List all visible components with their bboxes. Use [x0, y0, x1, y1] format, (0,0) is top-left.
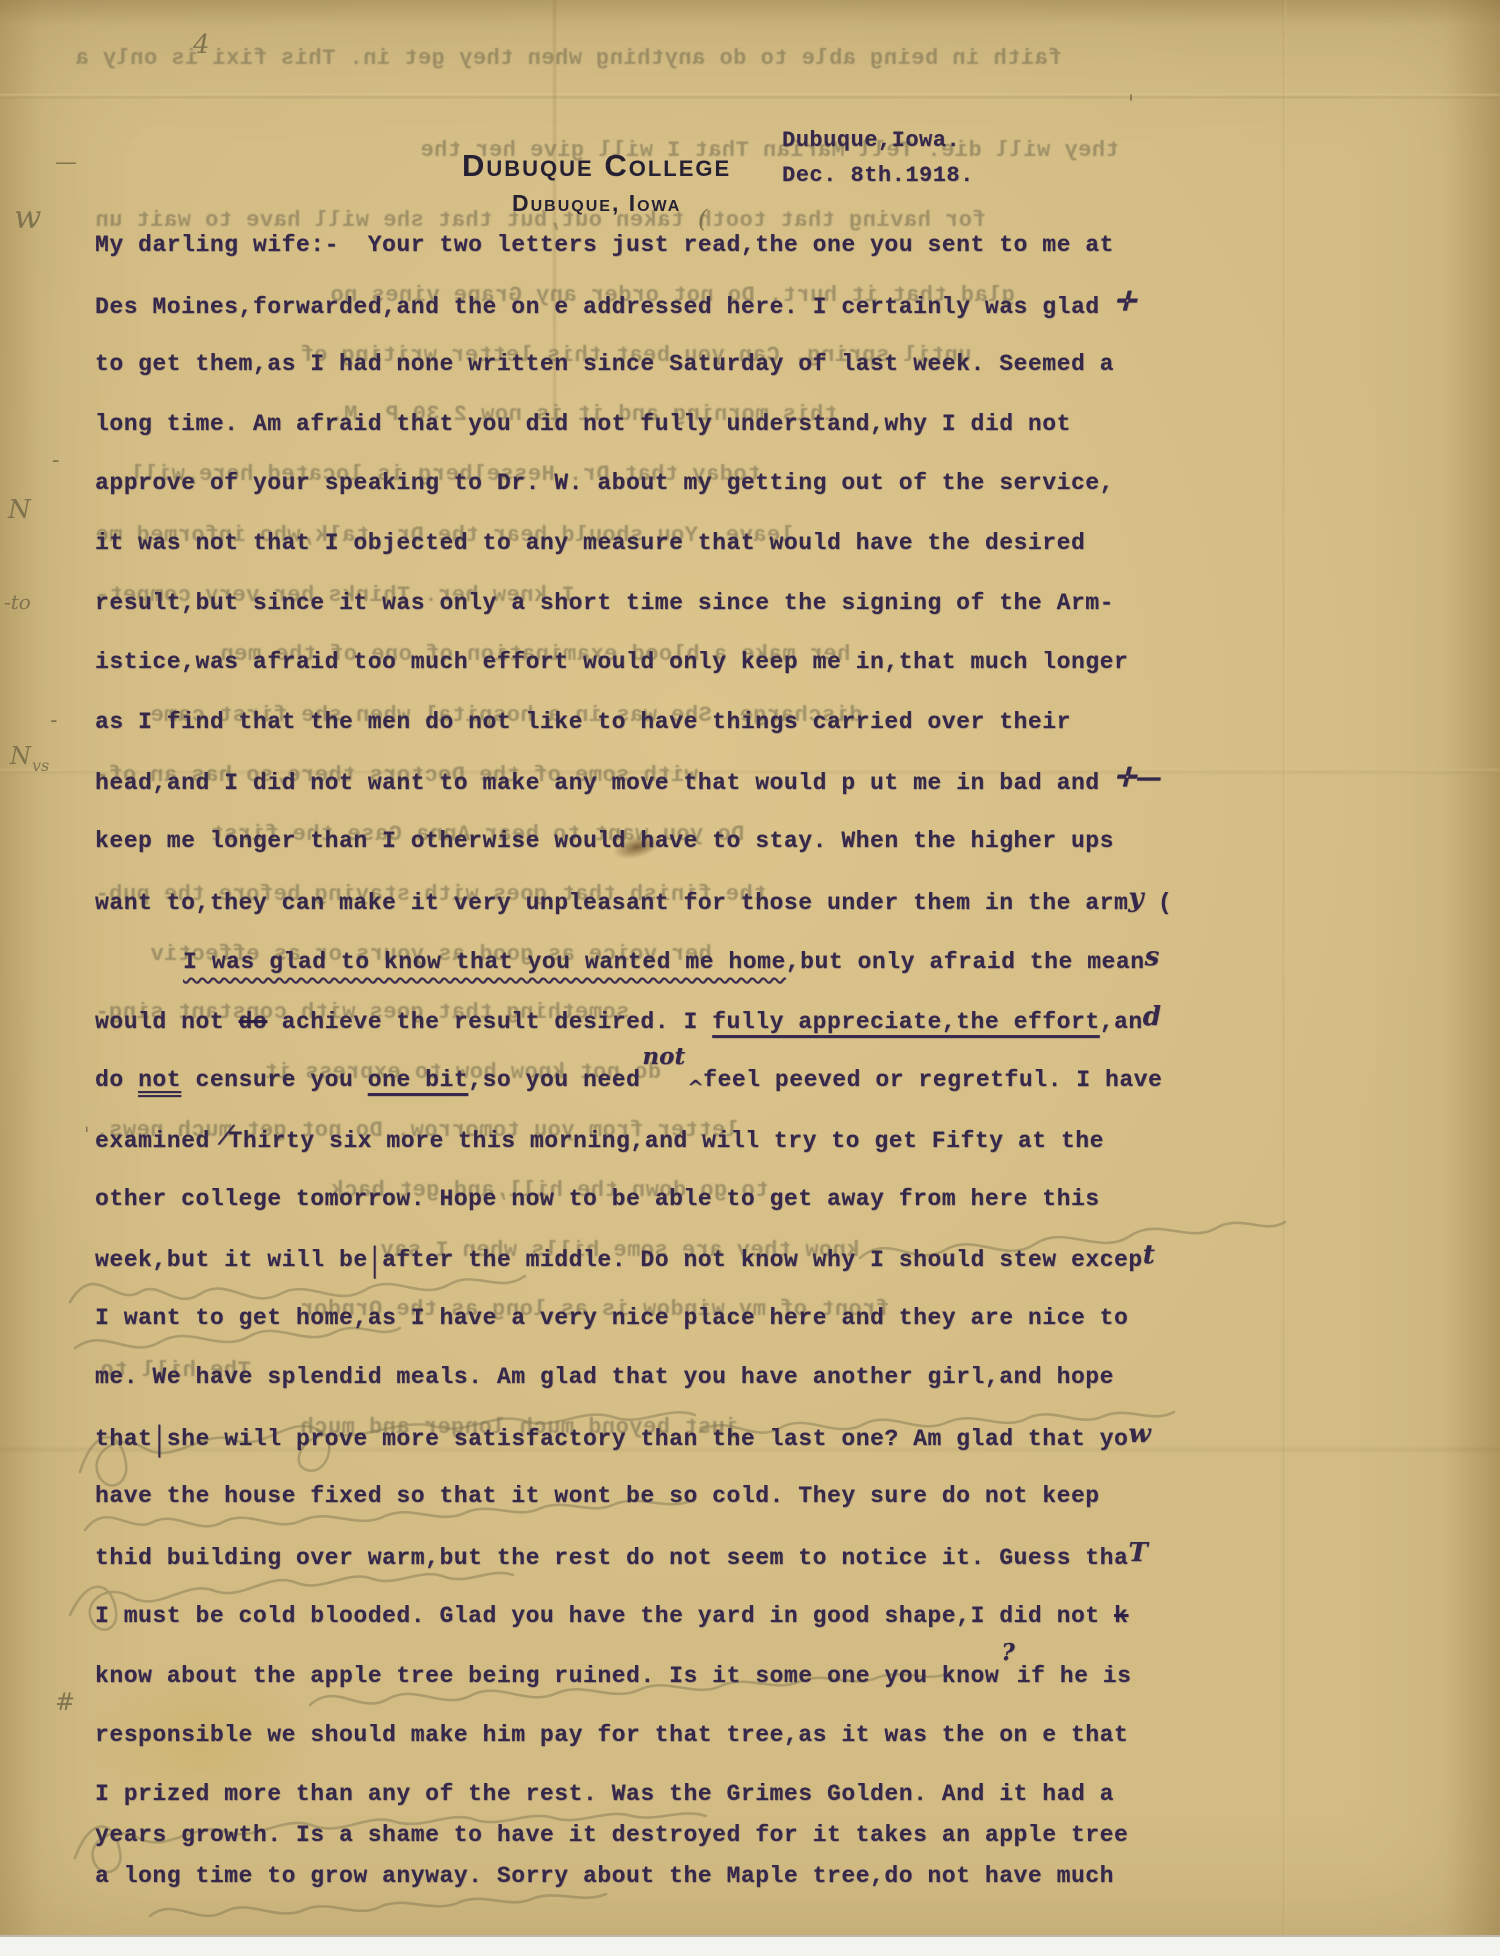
fold-crease-horizontal-top	[0, 94, 1500, 98]
letter-line: I was glad to know that you wanted me ho…	[95, 945, 1460, 1005]
pencil-margin-mark: #	[55, 1688, 75, 1716]
typed-text: she will prove more satisfactory than th…	[167, 1426, 1129, 1452]
typed-text: I prized more than any of the rest. Was …	[95, 1781, 1114, 1807]
typed-text: if he is	[1017, 1663, 1132, 1689]
letter-line: week,but it will be|after the middle. Do…	[95, 1243, 1460, 1303]
typed-text: ,so you need	[468, 1067, 640, 1093]
pencil-margin-mark: N	[8, 495, 31, 525]
bleed-through-text: faith in being able to do anything when …	[75, 46, 1062, 72]
typed-text: thid building over warm,but the rest do …	[95, 1545, 1128, 1571]
handwritten-correction: ⁄	[224, 1121, 228, 1151]
typed-text: long time. Am afraid that you did not fu…	[95, 411, 1071, 437]
double-underlined-text: not	[138, 1067, 181, 1093]
typed-text: Des Moines,forwarded,and the on e addres…	[95, 294, 1114, 320]
pencil-margin-mark: -	[50, 708, 57, 733]
typed-text: ,an	[1100, 1009, 1143, 1035]
pen-bar: |	[152, 1417, 166, 1464]
letter-line: to get them,as I had none written since …	[95, 349, 1460, 409]
letter-line: it was not that I objected to any measur…	[95, 528, 1460, 588]
handwritten-correction: ✛	[1114, 287, 1136, 317]
inserted-word: ?	[1001, 1638, 1014, 1668]
dateline-date: Dec. 8th.1918.	[782, 163, 974, 189]
letter-line: Des Moines,forwarded,and the on e addres…	[95, 290, 1460, 350]
typed-text: after the middle. Do not know why I shou…	[382, 1247, 1143, 1273]
typed-text: (	[1143, 890, 1172, 916]
typed-text: result,but since it was only a short tim…	[95, 590, 1114, 616]
typed-text: I must be cold blooded. Glad you have th…	[95, 1603, 1114, 1629]
letter-line: would not do achieve the result desired.…	[95, 1005, 1460, 1065]
typed-text: I want to get home,as I have a very nice…	[95, 1305, 1128, 1331]
letter-line: head,and I did not want to make any move…	[95, 766, 1460, 826]
caret-mark: ^	[687, 1072, 703, 1102]
letterhead-college-city: Dubuque, Iowa	[512, 190, 681, 217]
inserted-word: not	[642, 1042, 685, 1072]
handwritten-correction: d	[1143, 1002, 1161, 1032]
typed-text: keep me longer than I otherwise would ha…	[95, 828, 1114, 854]
typed-text: responsible we should make him pay for t…	[95, 1722, 1128, 1748]
letter-line: examined ⁄Thirty six more this morning,a…	[95, 1124, 1460, 1184]
typed-text: approve of your speaking to Dr. W. about…	[95, 470, 1114, 496]
typed-text: censure you	[181, 1067, 368, 1093]
pencil-margin-mark: 4	[193, 30, 210, 60]
letter-body: My darling wife:- Your two letters just …	[95, 230, 1460, 1921]
typed-text: as I find that the men do not like to ha…	[95, 709, 1071, 735]
letter-line: My darling wife:- Your two letters just …	[95, 230, 1460, 290]
dateline-place: Dubuque,Iowa.	[782, 128, 960, 154]
letter-line: I prized more than any of the rest. Was …	[95, 1779, 1460, 1820]
letter-line: know about the apple tree being ruined. …	[95, 1660, 1460, 1720]
typed-text: week,but it will be	[95, 1247, 368, 1273]
struck-text: do	[239, 1009, 268, 1035]
underlined-text: fully appreciate,the effort	[712, 1009, 1100, 1035]
pencil-margin-mark: '	[1128, 92, 1134, 117]
letter-scan-page: faith in being able to do anything when …	[0, 0, 1500, 1956]
typed-text: years growth. Is a shame to have it dest…	[95, 1822, 1128, 1848]
handwritten-correction: s	[1145, 942, 1160, 972]
typed-text: that	[95, 1426, 152, 1452]
typed-text: head,and I did not want to make any move…	[95, 770, 1114, 796]
letter-line: want to,they can make it very unpleasant…	[95, 886, 1460, 946]
struck-text: k	[1114, 1603, 1128, 1629]
typed-text: want to,they can make it very unpleasant…	[95, 890, 1128, 916]
letter-line: me. We have splendid meals. Am glad that…	[95, 1362, 1460, 1422]
typed-text: know about the apple tree being ruined. …	[95, 1663, 999, 1689]
letter-line: istice,was afraid too much effort would …	[95, 647, 1460, 707]
handwritten-correction: y	[1128, 883, 1143, 913]
typed-text: istice,was afraid too much effort would …	[95, 649, 1128, 675]
pencil-margin-mark: (	[698, 205, 707, 233]
pencil-margin-mark: '	[84, 1122, 90, 1146]
pencil-margin-mark: N	[10, 742, 31, 770]
letter-line: do not censure you one bit,so you needno…	[95, 1064, 1460, 1124]
typed-text: a long time to grow anyway. Sorry about …	[95, 1863, 1114, 1889]
letter-line: long time. Am afraid that you did not fu…	[95, 409, 1460, 469]
typed-text: Thirty six more this morning,and will tr…	[229, 1128, 1105, 1154]
letter-line: I want to get home,as I have a very nice…	[95, 1303, 1460, 1363]
wavy-underlined-text: I was glad to know that you wanted me ho…	[183, 949, 786, 975]
letterhead-college-name: Dubuque College	[462, 148, 731, 184]
letter-line: other college tomorrow. Hope now to be a…	[95, 1184, 1460, 1244]
letter-line: have the house fixed so that it wont be …	[95, 1481, 1460, 1541]
letter-line: approve of your speaking to Dr. W. about…	[95, 468, 1460, 528]
handwritten-correction: w	[1128, 1419, 1150, 1449]
pencil-margin-mark: w	[14, 198, 41, 236]
letter-line: responsible we should make him pay for t…	[95, 1720, 1460, 1780]
typed-text: My darling wife:- Your two letters just …	[95, 232, 1114, 258]
typed-text: to get them,as I had none written since …	[95, 351, 1114, 377]
letter-line: keep me longer than I otherwise would ha…	[95, 826, 1460, 886]
typed-text: feel peeved or regretful. I have	[703, 1067, 1162, 1093]
pen-bar: |	[368, 1238, 382, 1285]
typed-text: examined	[95, 1128, 224, 1154]
letter-line: that|she will prove more satisfactory th…	[95, 1422, 1460, 1482]
underlined-text: one bit	[368, 1067, 468, 1093]
letter-line: I must be cold blooded. Glad you have th…	[95, 1601, 1460, 1661]
pencil-margin-mark: -to	[4, 590, 31, 614]
letter-line: as I find that the men do not like to ha…	[95, 707, 1460, 767]
typed-text: other college tomorrow. Hope now to be a…	[95, 1186, 1100, 1212]
typed-text: ,but only afraid the mean	[786, 949, 1145, 975]
scan-edge	[0, 1935, 1500, 1956]
pencil-margin-mark: vs	[32, 756, 49, 775]
typed-text: achieve the result desired. I	[267, 1009, 712, 1035]
handwritten-correction: T	[1128, 1538, 1147, 1568]
letter-line: a long time to grow anyway. Sorry about …	[95, 1861, 1460, 1921]
typed-text: would not	[95, 1009, 239, 1035]
pencil-margin-mark: —	[55, 150, 77, 175]
letter-line: thid building over warm,but the rest do …	[95, 1541, 1460, 1601]
typed-text: it was not that I objected to any measur…	[95, 530, 1085, 556]
letter-line: result,but since it was only a short tim…	[95, 588, 1460, 648]
handwritten-correction: t	[1143, 1240, 1155, 1270]
letter-line: years growth. Is a shame to have it dest…	[95, 1820, 1460, 1861]
typed-text: do	[95, 1067, 138, 1093]
handwritten-correction: ✛—	[1114, 763, 1162, 793]
pencil-margin-mark: -	[52, 448, 59, 473]
typed-text: me. We have splendid meals. Am glad that…	[95, 1364, 1114, 1390]
typed-text: have the house fixed so that it wont be …	[95, 1483, 1100, 1509]
